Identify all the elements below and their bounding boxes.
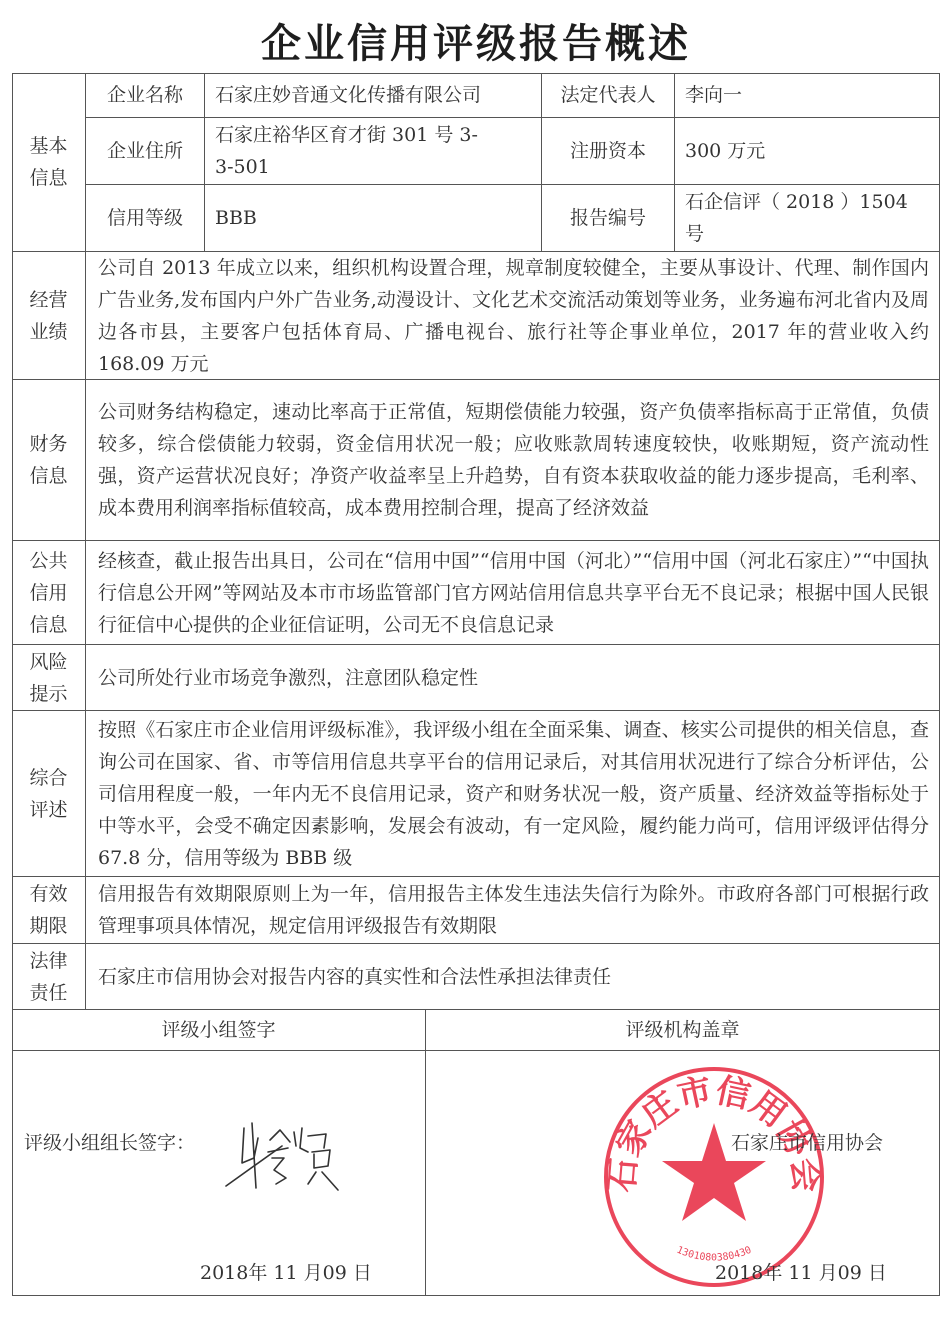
label-credit-grade: 信用等级 [86,185,205,252]
value-credit-grade: BBB [205,185,542,252]
value-legal-rep: 李向一 [675,73,940,118]
section-validity-period: 信用报告有效期限原则上为一年，信用报告主体发生违法失信行为除外。市政府各部门可根… [86,877,940,944]
section-risk-warning: 公司所处行业市场竞争激烈，注意团队稳定性 [86,645,940,711]
header-org-seal: 评级机构盖章 [426,1010,940,1051]
value-company-name: 石家庄妙音通文化传播有限公司 [205,73,542,118]
org-seal-date: 2018年 11 月09 日 [715,1258,887,1285]
label-address: 企业住所 [86,118,205,185]
category-risk-warning: 风险提示 [12,645,86,711]
label-report-number: 报告编号 [542,185,675,252]
category-legal-liability: 法律责任 [12,944,86,1010]
team-signature-date: 2018年 11 月09 日 [200,1258,372,1285]
official-seal-stamp: 石家庄市信用协会 1301080380430 [600,1063,828,1291]
category-public-credit-info: 公共信用信息 [12,541,86,645]
category-financial-info: 财务信息 [12,380,86,541]
section-financial-info: 公司财务结构稳定，速动比率高于正常值，短期偿债能力较强，资产负债率指标高于正常值… [86,380,940,541]
handwritten-signature [222,1118,352,1198]
org-name: 石家庄市信用协会 [731,1128,883,1155]
value-registered-capital: 300 万元 [675,118,940,185]
leader-signature-label: 评级小组组长签字： [24,1128,195,1155]
category-validity-period: 有效期限 [12,877,86,944]
header-team-signature: 评级小组签字 [12,1010,426,1051]
value-report-number: 石企信评（ 2018 ）1504 号 [675,185,940,252]
label-legal-rep: 法定代表人 [542,73,675,118]
label-company-name: 企业名称 [86,73,205,118]
section-overall-assessment: 按照《石家庄市企业信用评级标准》，我评级小组在全面采集、调查、核实公司提供的相关… [86,711,940,877]
category-business-performance: 经营业绩 [12,252,86,380]
value-address: 石家庄裕华区育才街 301 号 3-3-501 [205,118,542,185]
section-public-credit-info: 经核查，截止报告出具日，公司在“信用中国”“信用中国（河北）”“信用中国（河北石… [86,541,940,645]
section-business-performance: 公司自 2013 年成立以来，组织机构设置合理，规章制度较健全，主要从事设计、代… [86,252,940,380]
category-overall-assessment: 综合评述 [12,711,86,877]
category-basic-info: 基本信息 [12,73,86,252]
label-registered-capital: 注册资本 [542,118,675,185]
section-legal-liability: 石家庄市信用协会对报告内容的真实性和合法性承担法律责任 [86,944,940,1010]
